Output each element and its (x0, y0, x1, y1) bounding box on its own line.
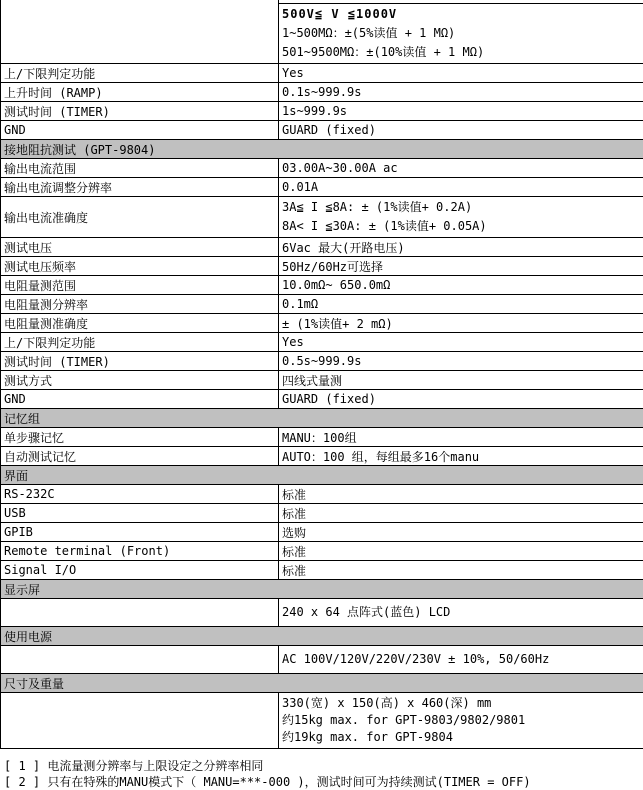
spec-value-line: 240 x 64 点阵式(蓝色) LCD (282, 603, 641, 622)
spec-row: 上/下限判定功能Yes (1, 64, 643, 83)
spec-row: 单步骤记忆MANU：100组 (1, 428, 643, 447)
spec-row: 电阻量测分辨率0.1mΩ (1, 295, 643, 314)
spec-row: 电阻量测准确度± (1%读值+ 2 mΩ) (1, 314, 643, 333)
spec-label-cell: 测试电压 (1, 238, 279, 257)
spec-label-cell: GND (1, 121, 279, 140)
spec-value-cell: 50Hz/60Hz可选择 (279, 257, 643, 276)
spec-row: 240 x 64 点阵式(蓝色) LCD (1, 599, 643, 627)
spec-label-cell: 电阻量测分辨率 (1, 295, 279, 314)
spec-row: GNDGUARD (fixed) (1, 390, 643, 409)
spec-row: 测试电压频率50Hz/60Hz可选择 (1, 257, 643, 276)
spec-value-cell: 0.1mΩ (279, 295, 643, 314)
spec-row: 电阻量测范围10.0mΩ~ 650.0mΩ (1, 276, 643, 295)
section-header-cell: 记忆组 (1, 409, 643, 428)
spec-value-cell: 标准 (279, 485, 643, 504)
spec-row: 上升时间 (RAMP)0.1s~999.9s (1, 83, 643, 102)
section-header-cell: 显示屏 (1, 580, 643, 599)
spec-row: 自动测试记忆AUTO：100 组，每组最多16个manu (1, 447, 643, 466)
spec-value-line: AC 100V/120V/220V/230V ± 10%, 50/60Hz (282, 650, 641, 669)
spec-label-cell (1, 693, 279, 749)
spec-label-cell: 上/下限判定功能 (1, 64, 279, 83)
section-header-row: 记忆组 (1, 409, 643, 428)
spec-row: 上/下限判定功能Yes (1, 333, 643, 352)
section-header-row: 使用电源 (1, 627, 643, 646)
spec-label-cell (1, 599, 279, 627)
spec-label-cell: GPIB (1, 523, 279, 542)
spec-value-cell: Yes (279, 64, 643, 83)
spec-value-cell: 标准 (279, 542, 643, 561)
spec-value-line: 约15kg max. for GPT-9803/9802/9801 (282, 712, 641, 729)
spec-value-cell: 0.5s~999.9s (279, 352, 643, 371)
spec-value-cell: MANU：100组 (279, 428, 643, 447)
spec-value-cell: 03.00A~30.00A ac (279, 159, 643, 178)
spec-value-cell: 330(宽) x 150(高) x 460(深) mm约15kg max. fo… (279, 693, 643, 749)
spec-value-cell: 500V≦ V ≦1000V1~500MΩ：±(5%读值 + 1 MΩ)501~… (279, 4, 643, 64)
spec-value-cell: GUARD (fixed) (279, 390, 643, 409)
spec-label-cell: 电阻量测范围 (1, 276, 279, 295)
spec-label-cell: 输出电流调整分辨率 (1, 178, 279, 197)
spec-label-cell: 测试时间 (TIMER) (1, 102, 279, 121)
spec-value-cell: 标准 (279, 561, 643, 580)
spec-row: 输出电流调整分辨率0.01A (1, 178, 643, 197)
spec-label-cell: 测试时间 (TIMER) (1, 352, 279, 371)
spec-label-cell (1, 0, 279, 64)
spec-label-cell: GND (1, 390, 279, 409)
spec-value-cell: 10.0mΩ~ 650.0mΩ (279, 276, 643, 295)
spec-value-cell: 240 x 64 点阵式(蓝色) LCD (279, 599, 643, 627)
spec-value-cell: 四线式量测 (279, 371, 643, 390)
spec-row: 330(宽) x 150(高) x 460(深) mm约15kg max. fo… (1, 693, 643, 749)
spec-document: 500V≦ V ≦1000V1~500MΩ：±(5%读值 + 1 MΩ)501~… (0, 0, 643, 790)
spec-row: Signal I/O标准 (1, 561, 643, 580)
spec-label-cell: RS-232C (1, 485, 279, 504)
spec-value-cell: AC 100V/120V/220V/230V ± 10%, 50/60Hz (279, 646, 643, 674)
spec-row: 测试时间 (TIMER)1s~999.9s (1, 102, 643, 121)
spec-label-cell: Signal I/O (1, 561, 279, 580)
spec-row: GNDGUARD (fixed) (1, 121, 643, 140)
spec-value-line: 3A≦ I ≦8A: ± (1%读值+ 0.2A) (282, 198, 641, 217)
spec-value-cell: 1s~999.9s (279, 102, 643, 121)
spec-label-cell: 输出电流范围 (1, 159, 279, 178)
spec-value-line: 330(宽) x 150(高) x 460(深) mm (282, 695, 641, 712)
spec-row: GPIB选购 (1, 523, 643, 542)
spec-table: 500V≦ V ≦1000V1~500MΩ：±(5%读值 + 1 MΩ)501~… (0, 0, 643, 749)
spec-value-cell: ± (1%读值+ 2 mΩ) (279, 314, 643, 333)
spec-row: Remote terminal (Front)标准 (1, 542, 643, 561)
spec-value-cell: AUTO：100 组，每组最多16个manu (279, 447, 643, 466)
spec-value-cell: 选购 (279, 523, 643, 542)
spec-row: 测试时间 (TIMER)0.5s~999.9s (1, 352, 643, 371)
spec-value-cell: 0.01A (279, 178, 643, 197)
spec-label-cell (1, 646, 279, 674)
spec-row: AC 100V/120V/220V/230V ± 10%, 50/60Hz (1, 646, 643, 674)
spec-value-cell: 标准 (279, 504, 643, 523)
spec-label-cell: 上/下限判定功能 (1, 333, 279, 352)
spec-value-cell: 3A≦ I ≦8A: ± (1%读值+ 0.2A)8A< I ≦30A: ± (… (279, 197, 643, 238)
footnotes: [ 1 ] 电流量测分辨率与上限设定之分辨率相同 [ 2 ] 只有在特殊的MAN… (4, 758, 643, 790)
spec-label-cell: 测试电压频率 (1, 257, 279, 276)
spec-value-cell: GUARD (fixed) (279, 121, 643, 140)
spec-row: RS-232C标准 (1, 485, 643, 504)
spec-label-cell: 电阻量测准确度 (1, 314, 279, 333)
section-header-cell: 接地阻抗测试 (GPT-9804) (1, 140, 643, 159)
spec-value-line: 501~9500MΩ：±(10%读值 + 1 MΩ) (282, 43, 641, 62)
section-header-row: 尺寸及重量 (1, 674, 643, 693)
section-header-cell: 尺寸及重量 (1, 674, 643, 693)
spec-row: 测试电压6Vac 最大(开路电压) (1, 238, 643, 257)
spec-value-cell: 6Vac 最大(开路电压) (279, 238, 643, 257)
section-header-cell: 使用电源 (1, 627, 643, 646)
spec-label-cell: Remote terminal (Front) (1, 542, 279, 561)
spec-label-cell: 单步骤记忆 (1, 428, 279, 447)
section-header-row: 接地阻抗测试 (GPT-9804) (1, 140, 643, 159)
spec-row: 测试方式四线式量测 (1, 371, 643, 390)
spec-value-line: 8A< I ≦30A: ± (1%读值+ 0.05A) (282, 217, 641, 236)
spec-value-line: 1~500MΩ：±(5%读值 + 1 MΩ) (282, 24, 641, 43)
section-header-row: 界面 (1, 466, 643, 485)
spec-row: 输出电流范围03.00A~30.00A ac (1, 159, 643, 178)
spec-table-body: 500V≦ V ≦1000V1~500MΩ：±(5%读值 + 1 MΩ)501~… (1, 0, 643, 749)
spec-label-cell: 上升时间 (RAMP) (1, 83, 279, 102)
spec-value-cell: 0.1s~999.9s (279, 83, 643, 102)
spec-label-cell: 测试方式 (1, 371, 279, 390)
footnote-2: [ 2 ] 只有在特殊的MANU模式下（ MANU=***-000 )，测试时间… (4, 774, 643, 790)
spec-row: 输出电流准确度3A≦ I ≦8A: ± (1%读值+ 0.2A)8A< I ≦3… (1, 197, 643, 238)
section-header-row: 显示屏 (1, 580, 643, 599)
footnote-1: [ 1 ] 电流量测分辨率与上限设定之分辨率相同 (4, 758, 643, 774)
spec-value-line: 约19kg max. for GPT-9804 (282, 729, 641, 746)
section-header-cell: 界面 (1, 466, 643, 485)
spec-label-cell: 输出电流准确度 (1, 197, 279, 238)
spec-label-cell: 自动测试记忆 (1, 447, 279, 466)
spec-label-cell: USB (1, 504, 279, 523)
spec-value-cell: Yes (279, 333, 643, 352)
spec-value-line: 500V≦ V ≦1000V (282, 5, 641, 24)
spec-row: USB标准 (1, 504, 643, 523)
